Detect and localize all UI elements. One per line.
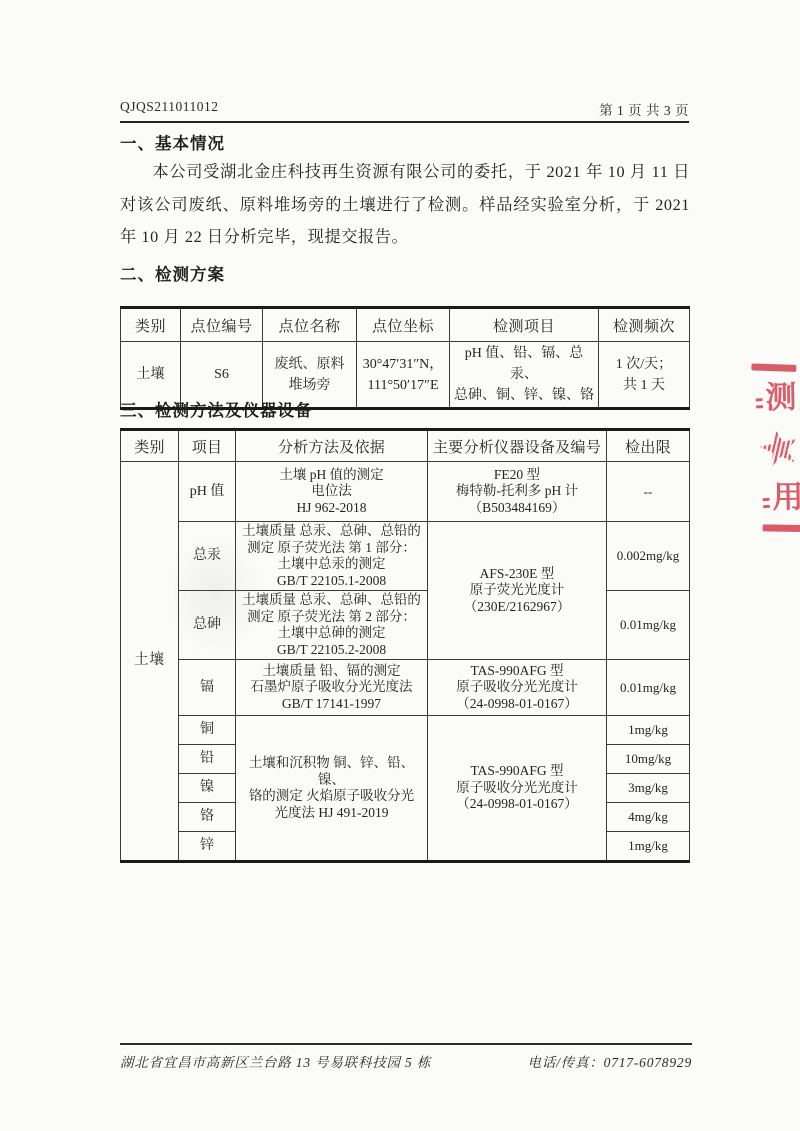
plan-header-category: 类别 [121, 308, 181, 342]
stamp-char-top: 测 [765, 380, 797, 417]
doc-number: QJQS211011012 [120, 99, 219, 119]
method-cell-ph-limit: -- [607, 462, 690, 522]
plan-header-point-name: 点位名称 [263, 308, 357, 342]
method-cell-ph-instrument: FE20 型 梅特勒-托利多 pH 计 （B503484169） [428, 462, 607, 522]
section1-title: 一、基本情况 [120, 130, 225, 154]
header-divider [120, 121, 689, 123]
page-header: QJQS211011012 第 1 页 共 3 页 [120, 99, 689, 119]
method-table-header-row: 类别 项目 分析方法及依据 主要分析仪器设备及编号 检出限 [121, 430, 690, 462]
page-footer: 湖北省宜昌市高新区兰台路 13 号易联科技园 5 栋 电话/传真：0717-60… [120, 1051, 692, 1071]
method-cell-zn-limit: 1mg/kg [607, 832, 690, 862]
method-cell-cu-item: 铜 [179, 716, 236, 745]
method-cell-as-limit: 0.01mg/kg [607, 591, 690, 660]
method-cell-pb-limit: 10mg/kg [607, 745, 690, 774]
plan-cell-coords: 30°47′31″N， 111°50′17″E [357, 342, 450, 409]
section1-paragraph: 本公司受湖北金庄科技再生资源有限公司的委托，于 2021 年 10 月 11 日… [120, 156, 690, 254]
method-cell-cd-instrument: TAS-990AFG 型 原子吸收分光光度计 （24-0998-01-0167） [428, 660, 607, 716]
method-cell-metals-method: 土壤和沉积物 铜、锌、铅、镍、 铬的测定 火焰原子吸收分光 光度法 HJ 491… [236, 716, 428, 862]
stamp-bracket-bottom [762, 524, 800, 532]
stamp-bottom-row: 用 [761, 478, 800, 517]
footer-address: 湖北省宜昌市高新区兰台路 13 号易联科技园 5 栋 [120, 1051, 431, 1071]
plan-table-header-row: 类别 点位编号 点位名称 点位坐标 检测项目 检测频次 [121, 308, 690, 342]
plan-header-frequency: 检测频次 [599, 308, 690, 342]
method-cell-ni-limit: 3mg/kg [607, 774, 690, 803]
method-header-method: 分析方法及依据 [236, 430, 428, 462]
method-row-cu: 铜 土壤和沉积物 铜、锌、铅、镍、 铬的测定 火焰原子吸收分光 光度法 HJ 4… [121, 716, 690, 745]
plan-header-coords: 点位坐标 [357, 308, 450, 342]
plan-table: 类别 点位编号 点位名称 点位坐标 检测项目 检测频次 土壤 S6 废纸、原料 … [120, 306, 690, 410]
footer-divider [120, 1043, 692, 1045]
stamp-star-icon: ★ [752, 418, 800, 478]
method-cell-tas-instrument: TAS-990AFG 型 原子吸收分光光度计 （24-0998-01-0167） [428, 716, 607, 862]
section2-title: 二、检测方案 [120, 261, 225, 285]
plan-header-items: 检测项目 [450, 308, 599, 342]
method-cell-ph-method: 土壤 pH 值的测定 电位法 HJ 962-2018 [236, 462, 428, 522]
method-cell-pb-item: 铅 [179, 745, 236, 774]
method-header-item: 项目 [179, 430, 236, 462]
method-cell-cr-item: 铬 [179, 803, 236, 832]
section3-title: 三、检测方法及仪器设备 [120, 397, 313, 421]
stamp-partial-stroke-bottom [762, 497, 769, 500]
plan-cell-items: pH 值、铅、镉、总汞、 总砷、铜、锌、镍、铬 [450, 342, 599, 409]
page-indicator: 第 1 页 共 3 页 [599, 99, 689, 119]
method-cell-hg-limit: 0.002mg/kg [607, 522, 690, 591]
stamp-top-row: 测 [754, 379, 797, 418]
method-header-limit: 检出限 [607, 430, 690, 462]
plan-cell-frequency: 1 次/天； 共 1 天 [599, 342, 690, 409]
method-cell-cd-limit: 0.01mg/kg [607, 660, 690, 716]
footer-phone: 电话/传真：0717-6078929 [528, 1051, 692, 1071]
plan-header-point-id: 点位编号 [181, 308, 263, 342]
method-cell-afs-instrument: AFS-230E 型 原子荧光光度计 （230E/2162967） [428, 522, 607, 660]
method-cell-cu-limit: 1mg/kg [607, 716, 690, 745]
scan-smudge [145, 505, 285, 685]
method-header-instrument: 主要分析仪器设备及编号 [428, 430, 607, 462]
inspection-stamp: 测 ★ 用 [735, 362, 800, 535]
stamp-char-bottom: 用 [772, 479, 800, 516]
method-header-category: 类别 [121, 430, 179, 462]
stamp-partial-stroke-top [755, 398, 762, 401]
method-cell-cd-method: 土壤质量 铅、镉的测定 石墨炉原子吸收分光光度法 GB/T 17141-1997 [236, 660, 428, 716]
method-cell-zn-item: 锌 [179, 832, 236, 862]
method-cell-cr-limit: 4mg/kg [607, 803, 690, 832]
method-cell-ni-item: 镍 [179, 774, 236, 803]
stamp-bracket-top [751, 363, 796, 372]
